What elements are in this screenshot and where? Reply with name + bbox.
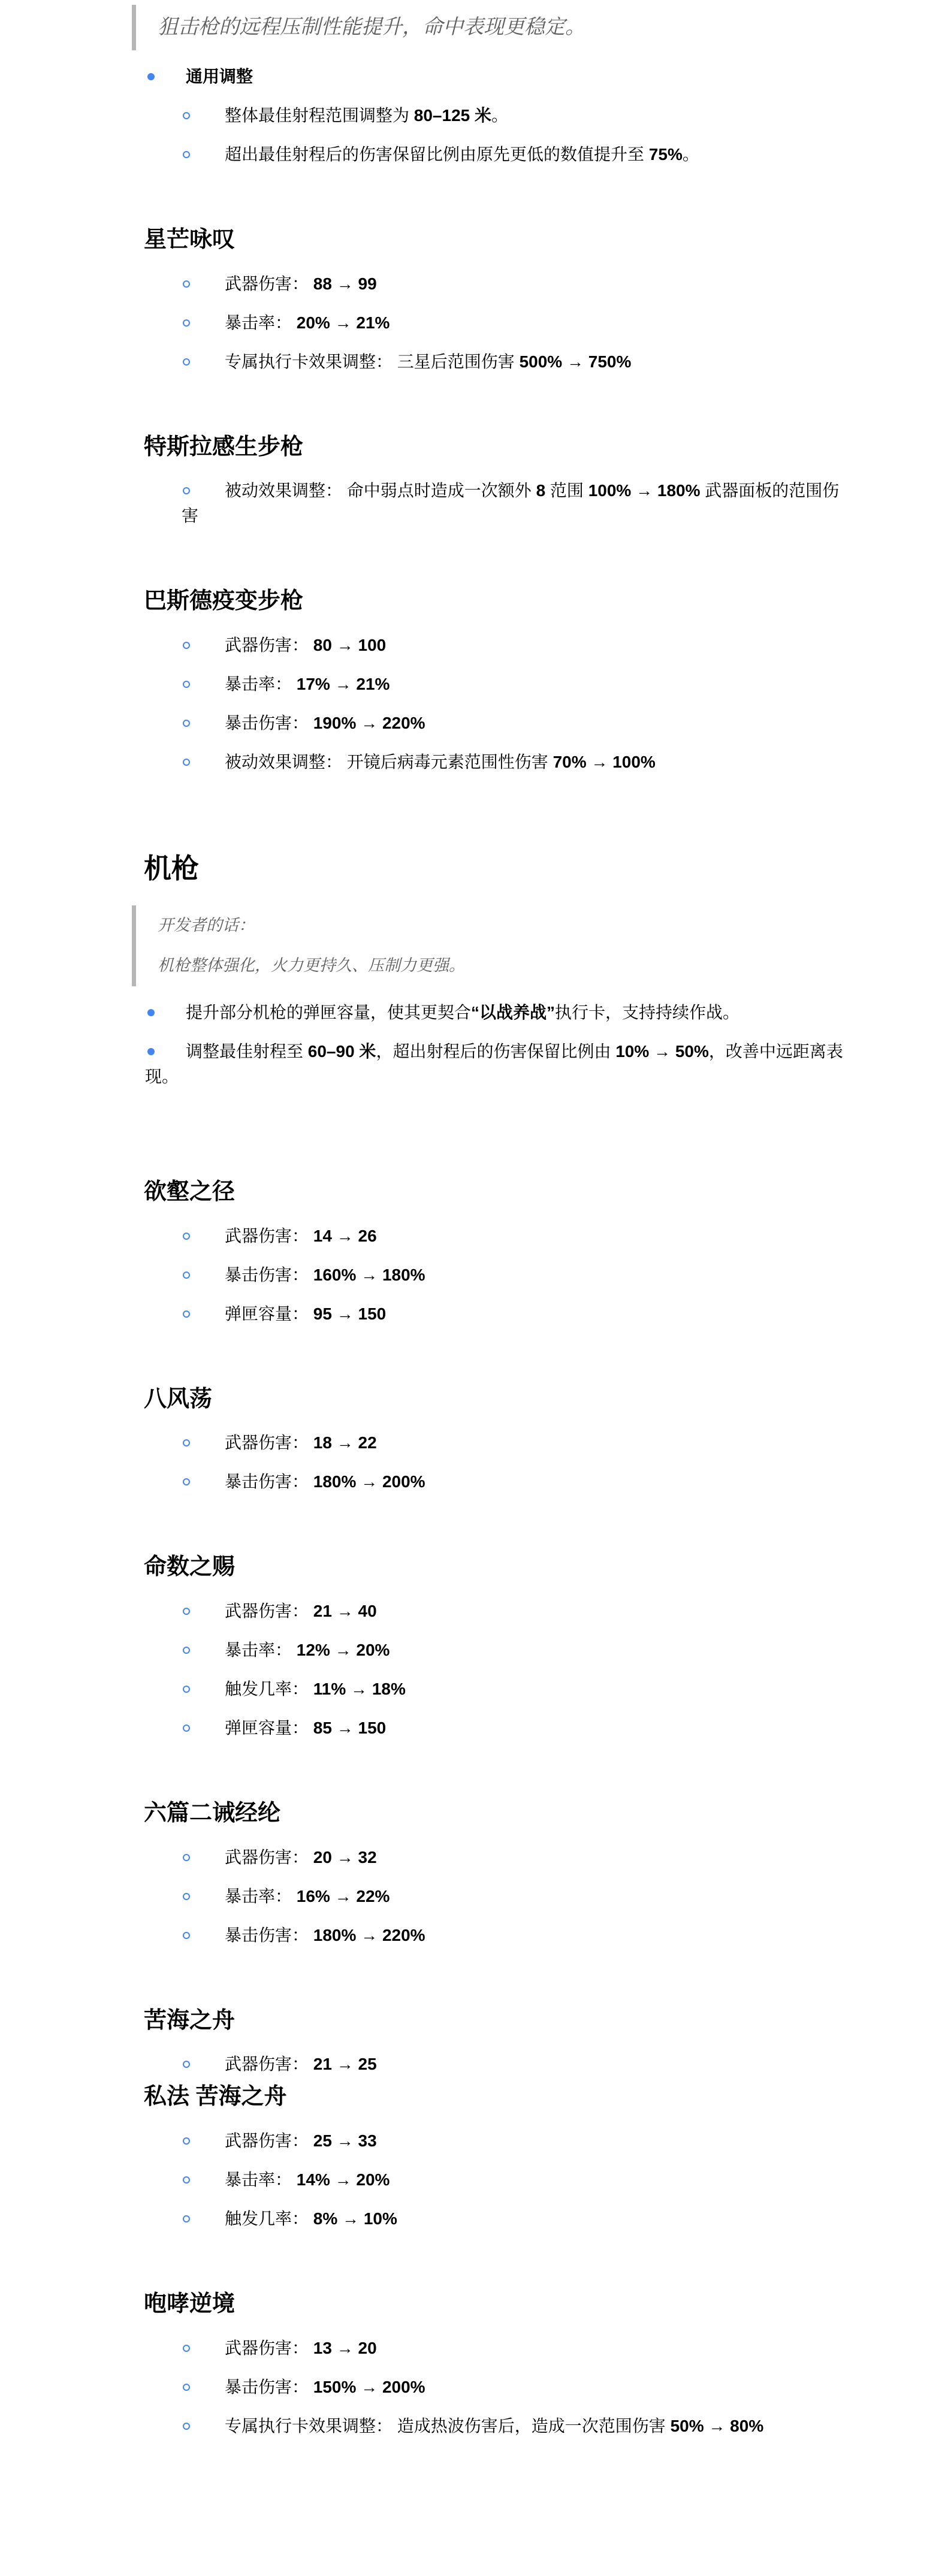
list-item-text: 武器伤害： 88 → 99	[225, 274, 377, 293]
hollow-bullet-glyph	[183, 1439, 190, 1446]
weapon-heading: 特斯拉感生步枪	[144, 434, 849, 461]
body-text: 狙击枪的远程压制性能提升，命中表现更稳定。	[158, 16, 585, 38]
body-text: →	[332, 1227, 358, 1245]
bullet-circle-icon	[182, 1716, 225, 1741]
value-text: 13	[313, 2339, 332, 2357]
value-text: 18	[313, 1433, 332, 1452]
value-text: 12%	[297, 1641, 330, 1659]
value-text: 180%	[382, 1266, 425, 1284]
value-text: 11%	[313, 1680, 346, 1698]
list-item: 专属执行卡效果调整： 造成热波伤害后，造成一次范围伤害 50% → 80%	[0, 2414, 855, 2439]
hollow-bullet-glyph	[183, 681, 190, 688]
body-text: →	[356, 2378, 382, 2396]
value-text: 16%	[297, 1887, 330, 1905]
value-text: 150%	[313, 2378, 357, 2396]
body-text: ，超出射程后的伤害保留比例由	[376, 1042, 615, 1061]
patch-notes-document: 狙击枪的远程压制性能提升，命中表现更稳定。通用调整整体最佳射程范围调整为 80–…	[0, 0, 951, 2439]
bullet-circle-icon	[182, 1469, 225, 1494]
body-text: 专属执行卡效果调整： 三星后范围伤害	[225, 352, 520, 371]
value-text: 50%	[671, 2417, 704, 2435]
body-text: 弹匣容量：	[225, 1719, 313, 1737]
hollow-bullet-glyph	[183, 1272, 190, 1279]
hollow-bullet-glyph	[183, 1932, 190, 1939]
list-item-text: 暴击伤害： 180% → 220%	[225, 1926, 425, 1944]
value-text: 200%	[382, 1472, 425, 1491]
hollow-bullet-glyph	[183, 358, 190, 366]
bullet-circle-icon	[182, 2206, 225, 2231]
list-item: 暴击率： 14% → 20%	[0, 2167, 855, 2193]
value-text: 20	[313, 1848, 332, 1867]
list-item-text: 提升部分机枪的弹匣容量，使其更契合“以战养战”执行卡，支持持续作战。	[186, 1003, 739, 1022]
list-item: 暴击伤害： 180% → 200%	[0, 1469, 855, 1494]
list-item: 触发几率： 8% → 10%	[0, 2206, 855, 2231]
bullet-circle-icon	[182, 2375, 225, 2400]
list-item-text: 超出最佳射程后的伤害保留比例由原先更低的数值提升至 75%。	[225, 145, 699, 164]
list-item: 武器伤害： 20 → 32	[0, 1845, 855, 1870]
body-text: 专属执行卡效果调整： 造成热波伤害后，造成一次范围伤害	[225, 2417, 671, 2435]
category-heading: 机枪	[144, 853, 849, 884]
weapon-heading: 苦海之舟	[144, 2008, 849, 2034]
list-item: 整体最佳射程范围调整为 80–125 米。	[0, 103, 855, 128]
value-text: 22%	[356, 1887, 390, 1905]
list-item: 暴击伤害： 150% → 200%	[0, 2375, 855, 2400]
list-item: 暴击率： 12% → 20%	[0, 1638, 855, 1663]
body-text: →	[562, 352, 588, 371]
body-text: 暴击伤害：	[225, 1472, 313, 1491]
body-text: 武器伤害：	[225, 1602, 313, 1620]
list-item-text: 暴击率： 14% → 20%	[225, 2170, 390, 2189]
bullet-circle-icon	[182, 1224, 225, 1249]
hollow-bullet-glyph	[183, 759, 190, 766]
weapon-heading: 巴斯德疫变步枪	[144, 588, 849, 615]
hollow-bullet-glyph	[183, 1647, 190, 1654]
value-text: 80–125 米	[414, 106, 491, 125]
quote-line: 机枪整体强化，火力更持久、压制力更强。	[158, 954, 849, 977]
hollow-bullet-glyph	[183, 1686, 190, 1693]
list-item-text: 被动效果调整： 命中弱点时造成一次额外 8 范围 100% → 180% 武器面…	[182, 481, 839, 525]
body-text: 武器伤害：	[225, 1227, 313, 1245]
body-text: 调整最佳射程至	[186, 1042, 308, 1061]
list-item-text: 触发几率： 11% → 18%	[225, 1680, 406, 1698]
value-text: 21%	[356, 313, 390, 332]
value-text: 18%	[372, 1680, 406, 1698]
developer-note-quote: 狙击枪的远程压制性能提升，命中表现更稳定。	[132, 5, 849, 50]
value-text: 50%	[675, 1042, 709, 1061]
value-text: 33	[358, 2131, 377, 2150]
hollow-bullet-glyph	[183, 487, 190, 494]
body-text: 机枪整体强化，火力更持久、压制力更强。	[158, 956, 465, 974]
bullet-circle-icon	[182, 711, 225, 736]
body-text: →	[330, 313, 357, 332]
value-text: 100%	[588, 481, 632, 500]
list-item-text: 暴击率： 20% → 21%	[225, 313, 390, 332]
hollow-bullet-glyph	[183, 1725, 190, 1732]
value-text: 190%	[313, 714, 357, 732]
body-text: 提升部分机枪的弹匣容量，使其更契合	[186, 1003, 471, 1022]
body-text: 武器伤害：	[225, 2055, 313, 2073]
body-text: 超出最佳射程后的伤害保留比例由原先更低的数值提升至	[225, 145, 649, 164]
list-item-text: 武器伤害： 25 → 33	[225, 2131, 377, 2150]
value-text: 180%	[657, 481, 701, 500]
value-text: 21	[313, 2055, 332, 2073]
body-text: →	[346, 1680, 372, 1698]
hollow-bullet-glyph	[183, 1233, 190, 1240]
hollow-bullet-glyph	[183, 720, 190, 727]
body-text: 触发几率：	[225, 2209, 313, 2228]
list-item: 武器伤害： 13 → 20	[0, 2336, 855, 2361]
list-item-text: 弹匣容量： 95 → 150	[225, 1304, 386, 1323]
body-text: →	[332, 1848, 358, 1867]
hollow-bullet-glyph	[183, 1478, 190, 1485]
value-text: 21%	[356, 675, 390, 693]
bullet-circle-icon	[182, 1263, 225, 1288]
value-text: 750%	[588, 352, 632, 371]
hollow-bullet-glyph	[183, 1608, 190, 1615]
list-item: 武器伤害： 88 → 99	[0, 271, 855, 297]
hollow-bullet-glyph	[183, 2423, 190, 2430]
body-text: 整体最佳射程范围调整为	[225, 106, 414, 125]
bullet-circle-icon	[182, 2336, 225, 2361]
list-item: 暴击伤害： 190% → 220%	[0, 711, 855, 736]
bullet-circle-icon	[182, 1884, 225, 1909]
list-item-text: 武器伤害： 20 → 32	[225, 1848, 377, 1867]
body-text: 。	[683, 145, 699, 164]
hollow-bullet-glyph	[183, 2345, 190, 2352]
value-text: 75%	[649, 145, 683, 164]
list-item: 暴击率： 16% → 22%	[0, 1884, 855, 1909]
body-text: 弹匣容量：	[225, 1304, 313, 1323]
weapon-heading: 咆哮逆境	[144, 2291, 849, 2318]
body-text: 被动效果调整： 命中弱点时造成一次额外	[225, 481, 536, 500]
hollow-bullet-glyph	[183, 642, 190, 649]
list-item: 暴击伤害： 180% → 220%	[0, 1923, 855, 1948]
body-text: 执行卡，支持持续作战。	[555, 1003, 739, 1022]
value-text: 220%	[382, 714, 425, 732]
hollow-bullet-glyph	[183, 319, 190, 327]
value-text: 14	[313, 1227, 332, 1245]
quote-line: 开发者的话：	[158, 914, 849, 937]
weapon-heading: 私法 苦海之舟	[144, 2084, 849, 2110]
bullet-dot-icon	[145, 64, 186, 89]
bullet-circle-icon	[182, 1845, 225, 1870]
value-text: 150	[358, 1719, 387, 1737]
value-text: 20%	[356, 1641, 390, 1659]
list-item-text: 武器伤害： 21 → 40	[225, 1602, 377, 1620]
value-text: 100	[358, 636, 387, 654]
bullet-circle-icon	[182, 1301, 225, 1327]
bullet-dot-icon	[145, 1039, 186, 1064]
bullet-circle-icon	[182, 1638, 225, 1663]
list-item-text: 暴击伤害： 160% → 180%	[225, 1266, 425, 1284]
value-text: 500%	[520, 352, 563, 371]
value-text: 20%	[297, 313, 330, 332]
value-text: 21	[313, 1602, 332, 1620]
body-text: 触发几率：	[225, 1680, 313, 1698]
value-text: 20%	[356, 2170, 390, 2189]
bullet-circle-icon	[182, 1599, 225, 1624]
list-item-text: 武器伤害： 18 → 22	[225, 1433, 377, 1452]
body-text: →	[332, 636, 358, 654]
body-text: 暴击率：	[225, 1641, 297, 1659]
body-text: →	[332, 2055, 358, 2073]
body-text: 暴击率：	[225, 313, 297, 332]
list-item: 武器伤害： 14 → 26	[0, 1224, 855, 1249]
body-text: 武器伤害：	[225, 1433, 313, 1452]
bullet-circle-icon	[182, 1677, 225, 1702]
body-text: →	[649, 1042, 675, 1061]
value-text: 8	[536, 481, 546, 500]
bullet-circle-icon	[182, 1923, 225, 1948]
value-text: 85	[313, 1719, 332, 1737]
list-item-text: 武器伤害： 13 → 20	[225, 2339, 377, 2357]
value-text: 80%	[730, 2417, 763, 2435]
body-text: 武器伤害：	[225, 274, 313, 293]
list-item-text: 暴击率： 16% → 22%	[225, 1887, 390, 1905]
hollow-bullet-glyph	[183, 2176, 190, 2184]
list-item-text: 暴击伤害： 190% → 220%	[225, 714, 425, 732]
body-text: 暴击伤害：	[225, 1926, 313, 1944]
body-text: →	[332, 1602, 358, 1620]
list-item-text: 暴击伤害： 180% → 200%	[225, 1472, 425, 1491]
body-text: →	[587, 753, 613, 771]
list-item: 暴击率： 17% → 21%	[0, 672, 855, 697]
list-item: 超出最佳射程后的伤害保留比例由原先更低的数值提升至 75%。	[0, 142, 855, 167]
body-text: →	[332, 2339, 358, 2357]
value-text: 10%	[364, 2209, 397, 2228]
value-text: 22	[358, 1433, 377, 1452]
body-text: →	[332, 1433, 358, 1452]
list-item: 被动效果调整： 命中弱点时造成一次额外 8 范围 100% → 180% 武器面…	[0, 478, 855, 529]
body-text: →	[704, 2417, 730, 2435]
hollow-bullet-glyph	[183, 1310, 190, 1318]
value-text: 200%	[382, 2378, 425, 2396]
bullet-circle-icon	[182, 672, 225, 697]
value-text: 88	[313, 274, 332, 293]
body-text: 暴击伤害：	[225, 714, 313, 732]
weapon-heading: 六篇二诫经纶	[144, 1801, 849, 1827]
list-item: 武器伤害： 21 → 25	[0, 2052, 855, 2077]
list-item-text: 被动效果调整： 开镜后病毒元素范围性伤害 70% → 100%	[225, 753, 656, 771]
body-text: →	[332, 1304, 358, 1323]
value-text: 17%	[297, 675, 330, 693]
list-item-text: 暴击率： 12% → 20%	[225, 1641, 390, 1659]
body-text: →	[356, 1926, 382, 1944]
value-text: 100%	[612, 753, 656, 771]
value-text: 25	[313, 2131, 332, 2150]
list-item: 触发几率： 11% → 18%	[0, 1677, 855, 1702]
list-item-text: 弹匣容量： 85 → 150	[225, 1719, 386, 1737]
bullet-dot-icon	[145, 1000, 186, 1025]
list-item: 武器伤害： 18 → 22	[0, 1430, 855, 1455]
quote-line: 狙击枪的远程压制性能提升，命中表现更稳定。	[158, 13, 849, 41]
body-text: 暴击伤害：	[225, 2378, 313, 2396]
value-text: 8%	[313, 2209, 337, 2228]
bullet-circle-icon	[182, 750, 225, 775]
weapon-heading: 八风荡	[144, 1387, 849, 1413]
hollow-bullet-glyph	[183, 2215, 190, 2222]
body-text: →	[332, 1719, 358, 1737]
hollow-bullet-glyph	[183, 2061, 190, 2068]
bullet-circle-icon	[182, 349, 225, 375]
list-item: 通用调整	[0, 64, 855, 89]
hollow-bullet-glyph	[183, 2137, 190, 2145]
body-text: →	[332, 2131, 358, 2150]
body-text: →	[330, 1887, 357, 1905]
body-text: →	[356, 1266, 382, 1284]
body-text: →	[330, 675, 357, 693]
list-item: 武器伤害： 25 → 33	[0, 2128, 855, 2154]
list-item-text: 武器伤害： 14 → 26	[225, 1227, 377, 1245]
value-text: 25	[358, 2055, 377, 2073]
weapon-heading: 星芒咏叹	[144, 227, 849, 253]
value-text: 通用调整	[186, 67, 253, 86]
bullet-circle-icon	[182, 633, 225, 658]
body-text: →	[356, 714, 382, 732]
value-text: 70%	[553, 753, 587, 771]
body-text: →	[631, 481, 657, 500]
list-item: 弹匣容量： 85 → 150	[0, 1716, 855, 1741]
body-text: 开发者的话：	[158, 916, 255, 934]
body-text: →	[332, 274, 358, 293]
bullet-circle-icon	[182, 1430, 225, 1455]
bullet-circle-icon	[182, 142, 225, 167]
value-text: 180%	[313, 1472, 357, 1491]
body-text: 。	[491, 106, 508, 125]
bullet-circle-icon	[182, 2052, 225, 2077]
list-item-text: 调整最佳射程至 60–90 米，超出射程后的伤害保留比例由 10% → 50%，…	[145, 1042, 843, 1086]
body-text: 暴击率：	[225, 675, 297, 693]
list-item: 暴击率： 20% → 21%	[0, 310, 855, 336]
list-item-text: 整体最佳射程范围调整为 80–125 米。	[225, 106, 508, 125]
value-text: 150	[358, 1304, 387, 1323]
hollow-bullet-glyph	[183, 151, 190, 158]
list-item-text: 通用调整	[186, 67, 253, 86]
body-text: 武器伤害：	[225, 2131, 313, 2150]
body-text: 暴击率：	[225, 2170, 297, 2189]
body-text: 武器伤害：	[225, 636, 313, 654]
body-text: →	[356, 1472, 382, 1491]
list-item: 调整最佳射程至 60–90 米，超出射程后的伤害保留比例由 10% → 50%，…	[0, 1039, 855, 1089]
value-text: 99	[358, 274, 377, 293]
list-item: 武器伤害： 21 → 40	[0, 1599, 855, 1624]
value-text: 95	[313, 1304, 332, 1323]
value-text: 32	[358, 1848, 377, 1867]
bullet-circle-icon	[182, 2128, 225, 2154]
filled-bullet-glyph	[147, 73, 155, 80]
weapon-heading: 命数之赐	[144, 1554, 849, 1581]
bullet-circle-icon	[182, 103, 225, 128]
hollow-bullet-glyph	[183, 1893, 190, 1900]
value-text: 40	[358, 1602, 377, 1620]
list-item-text: 触发几率： 8% → 10%	[225, 2209, 397, 2228]
body-text: →	[330, 2170, 357, 2189]
body-text: 武器伤害：	[225, 2339, 313, 2357]
hollow-bullet-glyph	[183, 2384, 190, 2391]
weapon-heading: 欲壑之径	[144, 1179, 849, 1206]
list-item-text: 武器伤害： 21 → 25	[225, 2055, 377, 2073]
bullet-circle-icon	[182, 2414, 225, 2439]
body-text: →	[337, 2209, 364, 2228]
list-item: 被动效果调整： 开镜后病毒元素范围性伤害 70% → 100%	[0, 750, 855, 775]
value-text: 180%	[313, 1926, 357, 1944]
value-text: 10%	[615, 1042, 649, 1061]
list-item-text: 专属执行卡效果调整： 造成热波伤害后，造成一次范围伤害 50% → 80%	[225, 2417, 763, 2435]
value-text: 80	[313, 636, 332, 654]
list-item-text: 暴击伤害： 150% → 200%	[225, 2378, 425, 2396]
bullet-circle-icon	[182, 310, 225, 336]
value-text: 20	[358, 2339, 377, 2357]
body-text: 暴击伤害：	[225, 1266, 313, 1284]
filled-bullet-glyph	[147, 1048, 155, 1055]
bullet-circle-icon	[182, 478, 225, 503]
bullet-circle-icon	[182, 2167, 225, 2193]
bullet-circle-icon	[182, 271, 225, 297]
body-text: 暴击率：	[225, 1887, 297, 1905]
hollow-bullet-glyph	[183, 112, 190, 119]
list-item: 提升部分机枪的弹匣容量，使其更契合“以战养战”执行卡，支持持续作战。	[0, 1000, 855, 1025]
hollow-bullet-glyph	[183, 280, 190, 288]
hollow-bullet-glyph	[183, 1854, 190, 1861]
list-item: 专属执行卡效果调整： 三星后范围伤害 500% → 750%	[0, 349, 855, 375]
list-item: 武器伤害： 80 → 100	[0, 633, 855, 658]
body-text: 被动效果调整： 开镜后病毒元素范围性伤害	[225, 753, 553, 771]
list-item-text: 暴击率： 17% → 21%	[225, 675, 390, 693]
body-text: →	[330, 1641, 357, 1659]
value-text: 60–90 米	[308, 1042, 376, 1061]
body-text: 范围	[545, 481, 588, 500]
value-text: 160%	[313, 1266, 357, 1284]
value-text: 26	[358, 1227, 377, 1245]
value-text: 220%	[382, 1926, 425, 1944]
list-item: 弹匣容量： 95 → 150	[0, 1301, 855, 1327]
list-item-text: 武器伤害： 80 → 100	[225, 636, 386, 654]
body-text: 武器伤害：	[225, 1848, 313, 1867]
filled-bullet-glyph	[147, 1009, 155, 1016]
value-text: 14%	[297, 2170, 330, 2189]
value-text: “以战养战”	[471, 1003, 555, 1022]
list-item-text: 专属执行卡效果调整： 三星后范围伤害 500% → 750%	[225, 352, 631, 371]
developer-note-quote: 开发者的话：机枪整体强化，火力更持久、压制力更强。	[132, 905, 849, 986]
list-item: 暴击伤害： 160% → 180%	[0, 1263, 855, 1288]
